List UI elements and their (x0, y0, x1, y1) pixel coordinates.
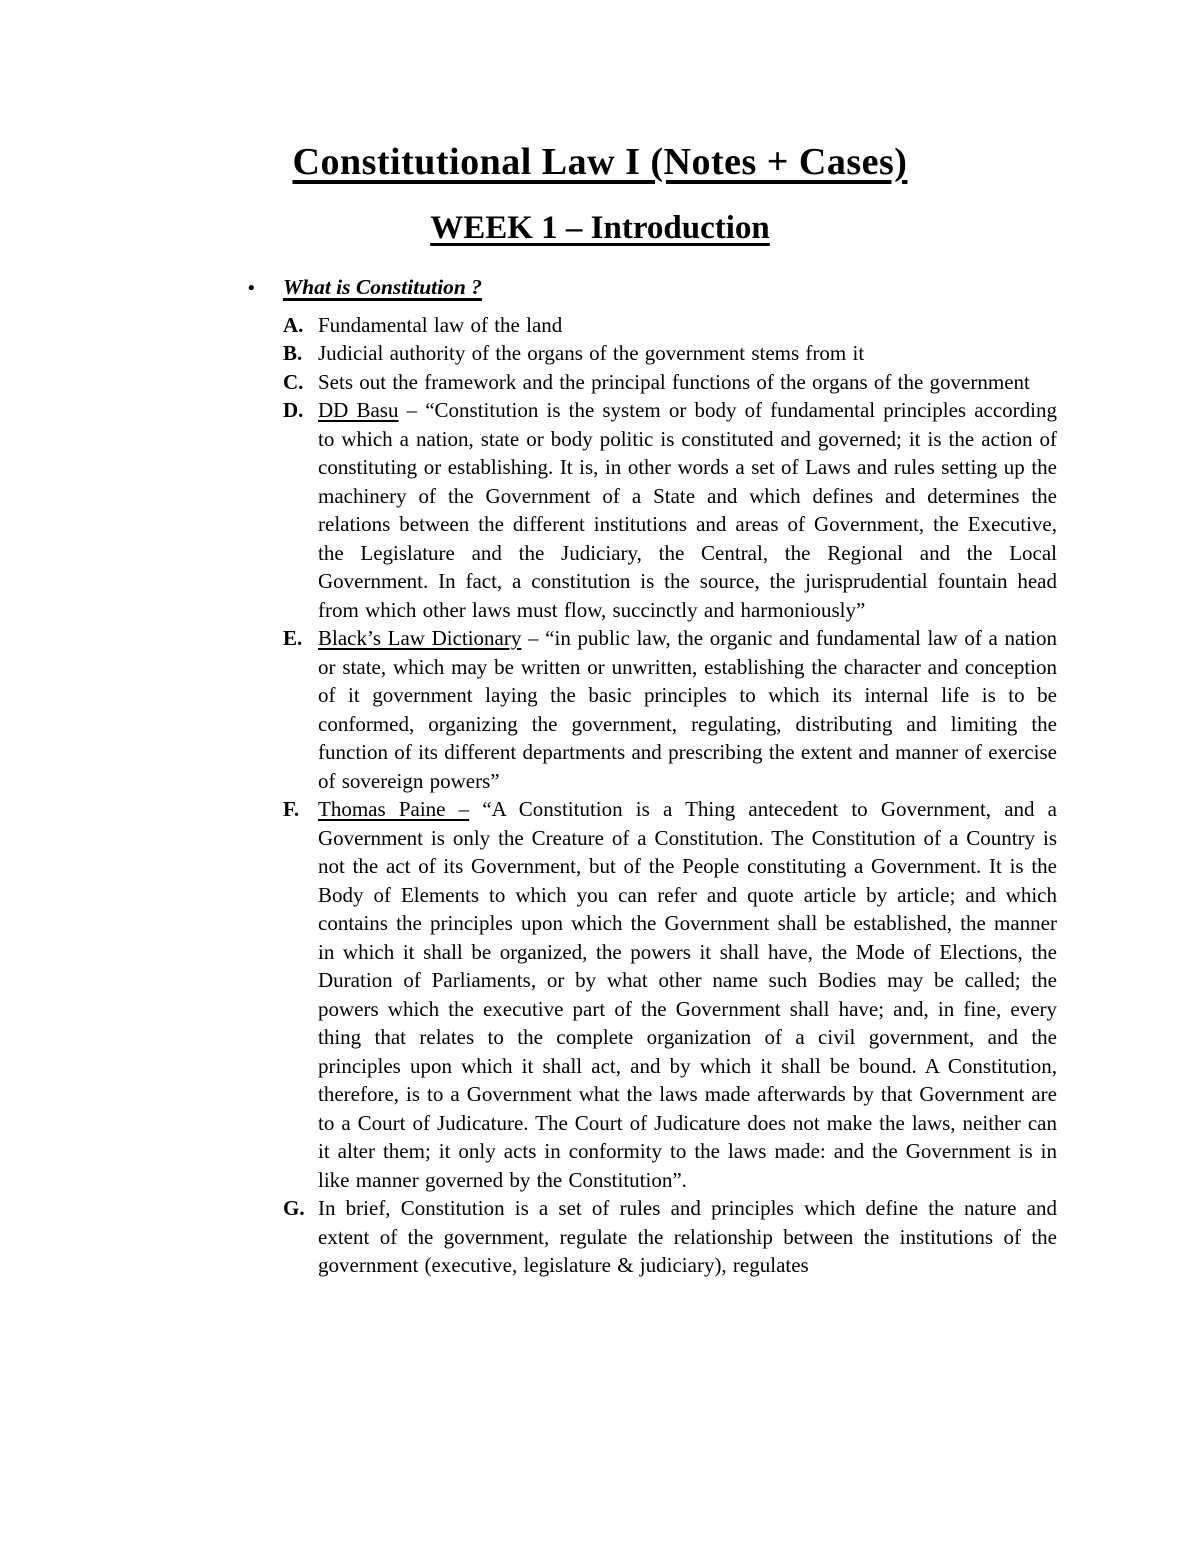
item-rest: – “in public law, the organic and fundam… (318, 626, 1057, 793)
item-rest: Sets out the framework and the principal… (318, 370, 1030, 394)
item-lead: Black’s Law Dictionary (318, 626, 521, 650)
item-text: Fundamental law of the land (318, 311, 1057, 340)
item-rest: Fundamental law of the land (318, 313, 562, 337)
item-rest: In brief, Constitution is a set of rules… (318, 1196, 1057, 1277)
item-text: In brief, Constitution is a set of rules… (318, 1194, 1057, 1280)
list-item: E. Black’s Law Dictionary – “in public l… (283, 624, 1057, 795)
document-body: • What is Constitution ? A. Fundamental … (248, 273, 1057, 1280)
item-letter: D. (283, 396, 318, 624)
item-letter: C. (283, 368, 318, 397)
list-item: A. Fundamental law of the land (283, 311, 1057, 340)
item-text: Black’s Law Dictionary – “in public law,… (318, 624, 1057, 795)
item-rest: “A Constitution is a Thing antecedent to… (318, 797, 1057, 1192)
list-item: F. Thomas Paine – “A Constitution is a T… (283, 795, 1057, 1194)
section-heading-row: • What is Constitution ? (248, 273, 1057, 304)
item-rest: Judicial authority of the organs of the … (318, 341, 864, 365)
item-letter: F. (283, 795, 318, 1194)
bullet-icon: • (248, 275, 283, 304)
item-lead: DD Basu (318, 398, 398, 422)
week-heading: WEEK 1 – Introduction (0, 210, 1200, 247)
item-letter: B. (283, 339, 318, 368)
definition-list: A. Fundamental law of the land B. Judici… (283, 311, 1057, 1280)
item-rest: – “Constitution is the system or body of… (318, 398, 1057, 622)
page-title: Constitutional Law I (Notes + Cases) (0, 0, 1200, 184)
item-text: Judicial authority of the organs of the … (318, 339, 1057, 368)
week-heading-text: WEEK 1 – Introduction (430, 210, 770, 246)
item-letter: G. (283, 1194, 318, 1280)
document-page: Constitutional Law I (Notes + Cases) WEE… (0, 0, 1200, 1553)
list-item: B. Judicial authority of the organs of t… (283, 339, 1057, 368)
list-item: G. In brief, Constitution is a set of ru… (283, 1194, 1057, 1280)
page-title-text: Constitutional Law I (Notes + Cases) (293, 141, 908, 183)
item-text: Thomas Paine – “A Constitution is a Thin… (318, 795, 1057, 1194)
list-item: D. DD Basu – “Constitution is the system… (283, 396, 1057, 624)
item-letter: E. (283, 624, 318, 795)
section-heading: What is Constitution ? (283, 273, 482, 302)
item-lead: Thomas Paine – (318, 797, 469, 821)
item-text: DD Basu – “Constitution is the system or… (318, 396, 1057, 624)
item-text: Sets out the framework and the principal… (318, 368, 1057, 397)
list-item: C. Sets out the framework and the princi… (283, 368, 1057, 397)
item-letter: A. (283, 311, 318, 340)
